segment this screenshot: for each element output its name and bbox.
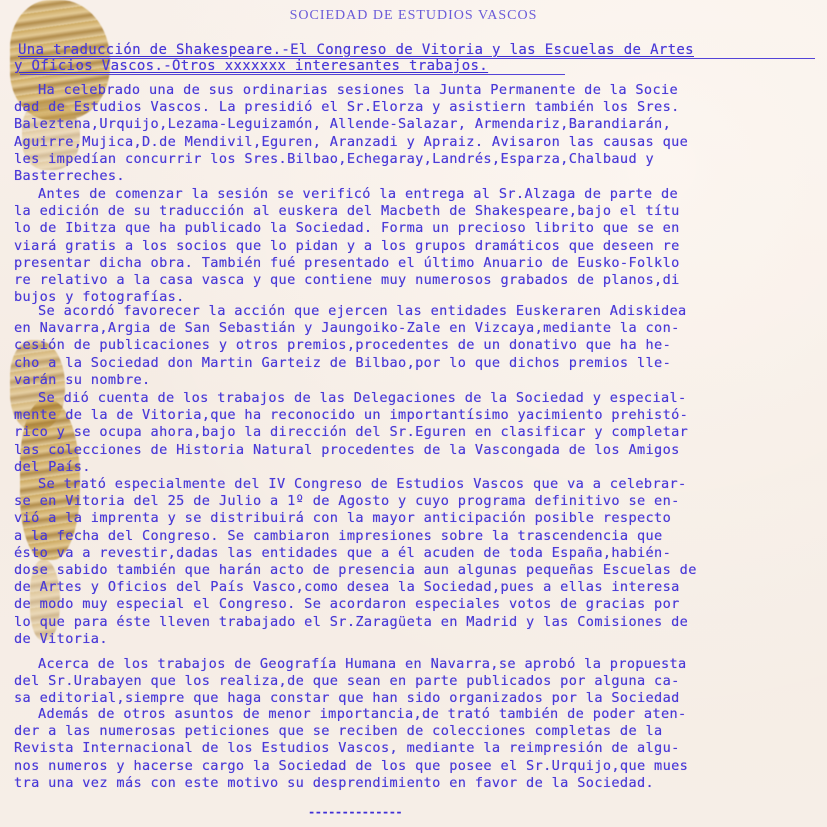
paragraph-line: dose sabido también que harán acto de pr… [14, 562, 697, 579]
headline-underline [20, 58, 815, 59]
paragraph-line: Se trató especialmente del IV Congreso d… [38, 476, 687, 493]
paragraph-line: se en Vitoria del 25 de Julio a 1º de Ag… [14, 493, 680, 510]
paragraph-line: en Navarra,Argia de San Sebastián y Jaun… [14, 320, 680, 337]
paragraph-line: les impedían concurrir los Sres.Bilbao,E… [14, 151, 654, 168]
paragraph-line: Antes de comenzar la sesión se verificó … [38, 186, 678, 203]
paragraph-line: del Sr.Urabayen que los realiza,de que s… [14, 673, 680, 690]
paragraph-line: cesión de publicaciones y otros premios,… [14, 337, 671, 354]
paragraph-line: lo de Ibitza que ha publicado la Socieda… [14, 220, 680, 237]
headline-line: y Oficios Vascos.-Otros xxxxxxx interesa… [14, 58, 488, 75]
paragraph-line: cho a la Sociedad don Martin Garteiz de … [14, 355, 671, 372]
paragraph-line: tra una vez más con este motivo su despr… [14, 775, 654, 792]
paragraph-line: Basterreches. [14, 168, 125, 185]
paragraph-line: re relativo a la casa vasca y que contie… [14, 272, 680, 289]
paragraph-line: Se acordó favorecer la acción que ejerce… [38, 303, 687, 320]
paragraph-line: viará gratis a los socios que lo pidan y… [14, 238, 680, 255]
paragraph-line: Además de otros asuntos de menor importa… [38, 706, 687, 723]
paragraph-line: Revista Internacional de los Estudios Va… [14, 740, 680, 757]
paragraph-line: Aguirre,Mujica,D.de Mendivil,Eguren, Ara… [14, 134, 688, 151]
paragraph-line: de Artes y Oficios del País Vasco,como d… [14, 579, 680, 596]
paragraph-line: la edición de su traducción al euskera d… [14, 203, 680, 220]
paragraph-line: dad de Estudios Vascos. La presidió el S… [14, 99, 680, 116]
paragraph-line: de Vitoria. [14, 631, 108, 648]
paragraph-line: varán su nombre. [14, 372, 151, 389]
paragraph-line: Ha celebrado una de sus ordinarias sesio… [38, 82, 678, 99]
paragraph-line: lo que para éste lleven trabajado el Sr.… [14, 614, 688, 631]
paragraph-line: Acerca de los trabajos de Geografía Huma… [38, 656, 687, 673]
closing-dashes: -------------- [308, 805, 402, 819]
paragraph-line: las colecciones de Historia Natural proc… [14, 442, 680, 459]
headline-line: Una traducción de Shakespeare.-El Congre… [18, 42, 694, 59]
paragraph-line: a la fecha del Congreso. Se cambiaron im… [14, 528, 663, 545]
document-title: SOCIEDAD DE ESTUDIOS VASCOS [0, 8, 827, 24]
paragraph-line: rico y se ocupa ahora,bajo la dirección … [14, 424, 688, 441]
paragraph-line: Baleztena,Urquijo,Lezama-Leguizamón, All… [14, 116, 671, 133]
paragraph-line: sa editorial,siempre que haga constar qu… [14, 690, 680, 707]
headline-underline [20, 74, 565, 75]
paragraph-line: ésto va a revestir,dadas las entidades q… [14, 545, 671, 562]
paragraph-line: der a las numerosas peticiones que se re… [14, 723, 663, 740]
paragraph-line: del País. [14, 459, 91, 476]
paragraph-line: de modo muy especial el Congreso. Se aco… [14, 596, 680, 613]
paragraph-line: Se dió cuenta de los trabajos de las Del… [38, 390, 687, 407]
paragraph-line: vió a la imprenta y se distribuirá con l… [14, 510, 671, 527]
paragraph-line: mente de la de Vitoria,que ha reconocido… [14, 407, 688, 424]
paragraph-line: nos numeros y hacerse cargo la Sociedad … [14, 758, 688, 775]
paragraph-line: presentar dicha obra. También fué presen… [14, 255, 680, 272]
